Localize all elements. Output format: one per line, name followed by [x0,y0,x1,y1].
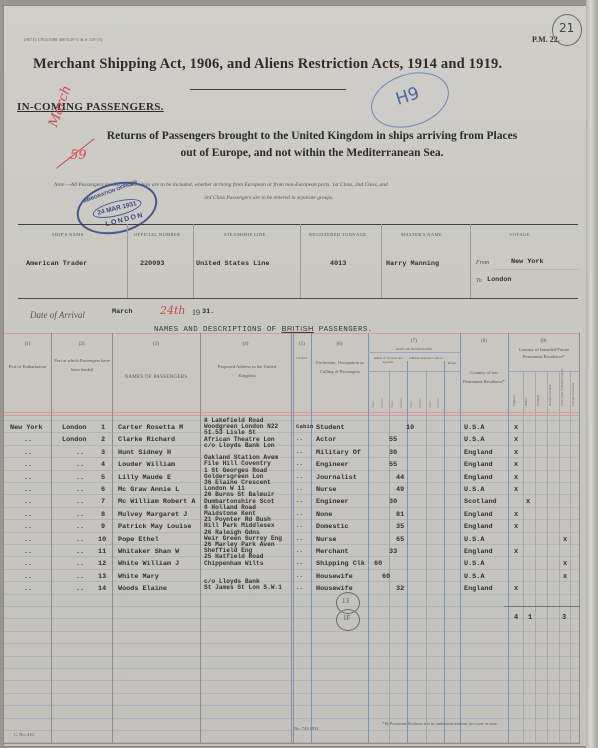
cell-future-residence-mark: x [514,486,518,494]
cell-occupation: Journalist [316,474,357,482]
col-line [311,333,312,743]
total-foreign: 3 [562,614,566,622]
cell-passenger-name: Mc Graw Annie L [118,486,179,494]
col-line [200,333,201,743]
col-line [444,361,445,743]
col7-sex-label: Males [428,401,432,408]
cell-future-residence-mark: x [514,449,518,457]
cell-last-residence: England [464,449,493,457]
cell-age: 44 [396,474,404,482]
cell-embarkation: .. [24,523,32,531]
official-number-value: 220093 [140,260,164,268]
ledger-rule [4,507,580,508]
arrival-day: 24th [160,304,186,317]
cell-row-number: 3 [101,449,105,457]
cell-future-residence-mark: x [514,523,518,531]
ledger-rule [4,643,580,644]
ledger-rule [4,631,580,632]
cell-class: .. [296,585,303,591]
col-header-embarkation: Port of Embarkation [6,362,49,371]
col9-sublabel: England [512,395,516,406]
ledger-rule [4,544,580,545]
cell-occupation: Student [316,424,345,432]
cell-landed: .. [76,511,84,519]
cell-embarkation: .. [24,486,32,494]
cell-class: .. [296,523,303,529]
cell-row-number: 6 [101,486,105,494]
cell-future-residence-mark: x [514,436,518,444]
cell-row-number: 2 [101,436,105,444]
cell-passenger-name: Louder William [118,461,175,469]
col-header-infants: Infants [444,361,460,365]
cell-occupation: Nurse [316,486,336,494]
col-number-8: (8) [460,339,508,344]
cell-last-residence: U.S.A [464,436,484,444]
ledger-rule [4,718,580,719]
cell-passenger-name: Whitaker Shan W [118,548,179,556]
cell-last-residence: England [464,511,493,519]
arrival-year-prefix: 19 [192,308,200,317]
blue-circle-annotation: H9 [364,63,456,137]
ledger-rule [4,482,580,483]
masters-name-value: Harry Manning [386,260,439,268]
cell-class: .. [296,548,303,554]
cell-occupation: Engineer [316,498,349,506]
cell-landed: .. [76,486,84,494]
cell-future-residence-mark: x [514,511,518,519]
label-voyage: VOYAGE [509,232,530,237]
cell-future-residence-mark: x [526,498,530,506]
title-rule [190,89,346,90]
cell-embarkation: .. [24,548,32,556]
cell-row-number: 5 [101,474,105,482]
cell-last-residence: England [464,461,493,469]
cell-passenger-name: Clarke Richard [118,436,175,444]
cell-age: 65 [396,536,404,544]
ledger-rule [4,420,580,421]
col-header-names: NAMES OF PASSENGERS [114,373,198,382]
col-number-6: (6) [311,342,368,347]
col-header-future-residence: Country of Intended Future Permanent Res… [510,346,578,360]
arrival-month: March [112,308,132,316]
cell-embarkation: .. [24,461,32,469]
cell-occupation: Domestic [316,523,349,531]
cell-age: 55 [389,436,397,444]
cell-class: .. [296,474,303,480]
cell-last-residence: U.S.A [464,536,484,544]
cell-embarkation: .. [24,449,32,457]
col-line [579,333,580,743]
cell-age: 60 [382,573,390,581]
cell-future-residence-mark: x [514,585,518,593]
cell-age: 81 [396,511,404,519]
ship-box-bottom-rule [18,298,578,299]
cell-class: .. [296,486,303,492]
ledger-rule [4,668,580,669]
cell-occupation: Nurse [316,536,336,544]
cell-last-residence: England [464,523,493,531]
pencil-circle-2-text: 1F [343,614,350,622]
form-number: C. No. 410. [14,732,35,737]
cell-row-number: 10 [98,536,106,544]
cell-passenger-name: Pope Ethel [118,536,159,544]
returns-heading: Returns of Passengers brought to the Uni… [40,128,584,162]
cell-future-residence-mark: x [563,573,567,581]
cell-row-number: 4 [101,461,105,469]
table-header-bottom-rule [4,412,580,413]
col-header-address: Proposed Address in the United Kingdom [214,362,280,380]
cell-passenger-name: Patrick May Louise [118,523,191,531]
steamship-line-value: United States Line [196,260,269,268]
ship-name-value: American Trader [26,260,87,268]
label-registered-tonnage: REGISTERED TONNAGE [309,232,366,237]
table-bottom-rule [4,743,580,744]
folio-circle: 21 [552,14,582,46]
cell-landed: .. [76,498,84,506]
cell-class: .. [296,536,303,542]
cell-future-residence-mark: x [563,560,567,568]
cell-row-number: 1 [101,424,105,432]
totals-rule [504,606,580,607]
table-top-rule [4,333,580,334]
col7-sex-label: Females [380,398,384,408]
cell-passenger-name: Woods Elaine [118,585,167,593]
voyage-from-value: New York [511,258,544,266]
col-line [559,371,560,743]
cell-age: 33 [389,548,397,556]
col7-divider [368,352,460,353]
cell-age: 49 [396,486,404,494]
col-line [112,333,113,743]
ledger-rule [4,594,580,595]
ledger-rule [4,705,580,706]
label-masters-name: MASTER'S NAME [401,232,442,237]
ledger-rule [4,519,580,520]
col-line [389,371,390,743]
cell-occupation: Housewife [316,573,353,581]
cell-class: Cabin [296,424,313,430]
cell-passenger-name: Carter Rosetta M [118,424,183,432]
cell-row-number: 13 [98,573,106,581]
cell-row-number: 7 [101,498,105,506]
cell-class: .. [296,498,303,504]
cell-passenger-name: Hunt Sidney H [118,449,171,457]
col-line [535,371,536,743]
col9-divider [508,371,579,372]
cell-landed: .. [76,449,84,457]
col7-divider [368,371,460,372]
voyage-to-value: London [487,276,511,284]
footer-signature-number: No. 743 1931 [294,726,324,731]
cell-age: 35 [396,523,404,531]
ledger-rule [4,470,580,471]
cell-future-residence-mark: x [514,424,518,432]
cell-landed: .. [76,536,84,544]
pencil-circle-1-text: 13 [342,597,349,605]
cell-embarkation: .. [24,436,32,444]
col-number-1: (1) [4,342,51,347]
registered-tonnage-value: 4013 [330,260,346,268]
cell-age: 55 [389,461,397,469]
printer-line: (9071) 1763/1086 4M 9/29 G & S 119 (3) [24,37,103,42]
ship-box-divider [381,224,382,298]
cell-future-residence-mark: x [514,548,518,556]
folio-number: 21 [559,21,574,35]
arrival-year: 31. [202,308,214,316]
cell-last-residence: U.S.A [464,573,484,581]
cell-embarkation: .. [24,573,32,581]
cell-passenger-name: Mc William Robert A [118,498,196,506]
cell-landed: .. [76,573,84,581]
cell-landed: .. [76,560,84,568]
cell-class: .. [296,573,303,579]
cell-passenger-name: White Mary [118,573,159,581]
col-line [523,371,524,743]
section-heading: IN-COMING PASSENGERS. [17,101,164,113]
cell-age: 32 [396,585,404,593]
returns-line-1: Returns of Passengers brought to the Uni… [40,128,584,145]
returns-line-2: out of Europe, and not within the Medite… [40,145,584,162]
cell-class: .. [296,436,303,442]
cell-embarkation: New York [10,424,43,432]
ledger-rule [4,445,580,446]
ledger-rule [4,656,580,657]
ship-box-divider [470,224,471,298]
cell-landed: .. [76,523,84,531]
col-header-landed: Port at which Passengers have been lande… [54,356,110,374]
cell-embarkation: .. [24,536,32,544]
cell-landed: .. [76,548,84,556]
cell-embarkation: .. [24,560,32,568]
cell-landed: .. [76,474,84,482]
col-number-9: (9) [508,339,579,344]
note-line-2: 3rd Class Passengers are to be entered i… [204,195,334,201]
cell-class: .. [296,461,303,467]
col-line [460,333,461,743]
col-number-4: (4) [200,342,291,347]
cell-passenger-name: Lilly Maude E [118,474,171,482]
cell-last-residence: England [464,585,493,593]
cell-age: 30 [389,498,397,506]
cell-address-line: c/o Lloyds Bank Lon [204,443,275,449]
ship-box-divider [193,224,194,298]
footnote: * By Permanent Residence is to be unders… [382,722,498,726]
cell-future-residence-mark: x [514,461,518,469]
cell-occupation: Military Of [316,449,361,457]
cell-embarkation: .. [24,474,32,482]
cell-passenger-name: White William J [118,560,179,568]
ledger-rule [4,606,580,607]
col7-sex-label: Females [436,398,440,408]
table-title-emph: BRITISH [281,324,313,333]
cell-last-residence: Scotland [464,498,497,506]
pencil-circle-2: 1F [336,609,360,631]
date-of-arrival-label: Date of Arrival [30,310,85,320]
total-england: 4 [514,614,518,622]
label-official-number: OFFICIAL NUMBER [134,232,180,237]
page-edge [586,0,598,748]
cell-address-line: St James St Lon S.W.1 [204,585,282,591]
cell-row-number: 12 [98,560,106,568]
col-number-5: (5) [293,342,311,347]
col9-sublabel: Other parts of British Empire [560,369,564,406]
total-scotland: 1 [528,614,532,622]
col9-sublabel: Northern Ireland [548,385,552,406]
col-number-3: (3) [112,342,200,347]
col-header-children: Children between 1 and 12 [408,356,444,360]
col-line [570,371,571,743]
col-header-last-residence: Country of last Permanent Residence* [462,368,506,386]
cell-age: 10 [406,424,414,432]
table-header-bottom-rule-2 [4,415,580,416]
cell-last-residence: U.S.A [464,424,484,432]
ship-box-top-rule [154,224,578,225]
ledger-rule [4,618,580,619]
cell-occupation: Merchant [316,548,349,556]
cell-age: 60 [374,560,382,568]
cell-address-line: Chippenham Wilts [204,561,263,567]
cell-future-residence-mark: x [563,536,567,544]
cell-landed: London [62,424,86,432]
cell-last-residence: U.S.A [464,486,484,494]
document-page: (9071) 1763/1086 4M 9/29 G & S 119 (3) P… [4,6,590,746]
col-line [547,371,548,743]
col9-sublabel: Scotland [536,395,540,406]
ledger-rule [4,581,580,582]
col-line [293,333,294,743]
cell-class: .. [296,560,303,566]
col9-sublabel: Wales [524,398,528,406]
ledger-rule [4,457,580,458]
ship-box-divider [300,224,301,298]
ship-box-divider [127,224,128,298]
col7-sex-label: Females [418,398,422,408]
cell-occupation: Actor [316,436,336,444]
label-to: To [476,278,482,284]
col-line [407,361,408,743]
cell-embarkation: .. [24,498,32,506]
page-title: Merchant Shipping Act, 1906, and Aliens … [33,56,502,73]
ledger-rule [4,569,580,570]
cell-row-number: 9 [101,523,105,531]
cell-embarkation: .. [24,585,32,593]
ledger-rule [4,494,580,495]
col9-sublabel: Foreign Countries [571,383,575,406]
ledger-rule [4,730,580,731]
col-number-2: (2) [51,342,112,347]
col-header-class: CLASS [293,354,311,363]
cell-last-residence: England [464,474,493,482]
cell-age: 30 [389,449,397,457]
col7-sex-label: Males [409,401,413,408]
cell-passenger-name: Mulvey Margaret J [118,511,187,519]
ledger-rule [4,532,580,533]
voyage-divider [494,269,578,270]
cell-row-number: 8 [101,511,105,519]
cell-landed: .. [76,585,84,593]
col-line [51,333,52,743]
cell-last-residence: U.S.A [464,560,484,568]
col7-sex-label: Males [371,401,375,408]
cell-embarkation: .. [24,511,32,519]
blue-annotation-text: H9 [393,83,422,109]
col-line [426,371,427,743]
cell-class: .. [296,449,303,455]
col-line [368,333,369,743]
cell-future-residence-mark: x [514,474,518,482]
cell-row-number: 11 [98,548,106,556]
ledger-rule [4,556,580,557]
col-line [508,333,509,743]
ledger-rule [4,432,580,433]
col-header-occupation: Profession, Occupation or Calling of Pas… [313,358,367,376]
cell-class: .. [296,511,303,517]
cell-occupation: Engineer [316,461,349,469]
cell-landed: London [62,436,86,444]
ledger-rule [4,680,580,681]
cell-last-residence: England [464,548,493,556]
ledger-rule [4,693,580,694]
cell-occupation: Shipping Clk [316,560,365,568]
col7-sex-label: Males [390,401,394,408]
col-header-adults: Adults of 12 years and upwards [370,356,406,364]
label-steamship-line: STEAMSHIP LINE [224,232,266,237]
col7-sex-label: Females [399,398,403,408]
label-from: From [476,260,489,266]
col-line [291,333,292,743]
col-number-7: (7) [368,339,460,344]
label-ship-name: SHIP'S NAME [52,232,84,237]
cell-occupation: None [316,511,332,519]
cell-landed: .. [76,461,84,469]
cell-row-number: 14 [98,585,106,593]
